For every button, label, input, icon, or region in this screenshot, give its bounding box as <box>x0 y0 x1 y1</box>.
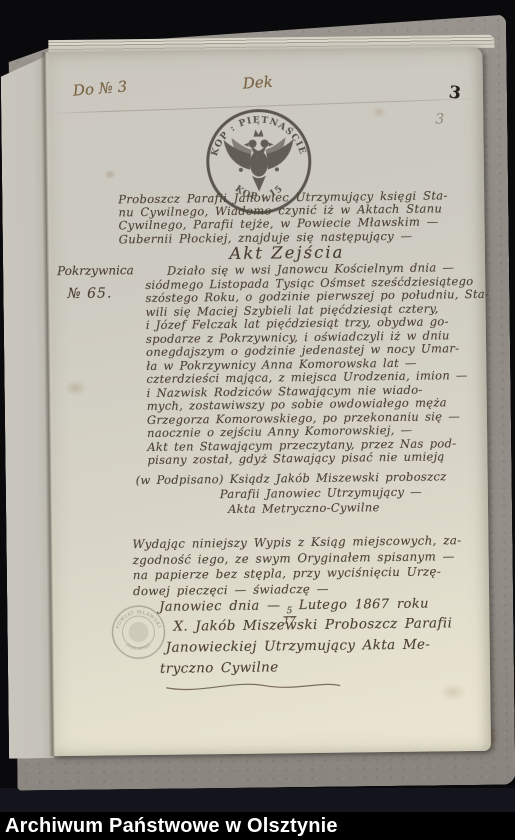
document-page: Do № 3 Dek 3 3 KOP : PIĘTNAŚCIE KOP : 15 <box>44 47 491 756</box>
page-number-pencil: 3 <box>435 111 444 127</box>
date-day-julian: 5 <box>284 607 296 616</box>
signature-line: tryczno Cywilne <box>160 659 279 676</box>
act-line: pisany został, gdyż Stawający pisać nie … <box>147 450 491 468</box>
paper-stain <box>64 380 86 396</box>
archive-scan-viewer: Do № 3 Dek 3 3 KOP : PIĘTNAŚCIE KOP : 15 <box>0 0 515 840</box>
act-body: Działo się w wsi Janowcu Kościelnym dnia… <box>145 261 491 468</box>
signature-line: Janowieckiej Utrzymujący Akta Me- <box>166 637 431 656</box>
date-suffix: Lutego 1867 roku <box>299 597 429 614</box>
parish-seal-bottom-text: JANOWIEC <box>125 641 152 652</box>
subscription-block: (w Podpisano) Ksiądz Jakób Miszewski pro… <box>136 469 447 518</box>
page-number-ink: 3 <box>448 83 462 104</box>
parish-seal-stamp: POWIAT MŁAWSKI JANOWIEC <box>109 603 168 662</box>
archive-name-label: Archiwum Państwowe w Olsztynie <box>0 815 338 838</box>
paper-stain <box>440 683 466 701</box>
paper-stain <box>104 169 116 179</box>
certification-paragraph: Wydając niniejszy Wypis z Ksiąg miejscow… <box>132 533 462 599</box>
subscription-line: Akta Metryczno-Cywilne <box>228 499 447 517</box>
signature-line: X. Jakób Miszewski Proboszcz Parafii <box>173 615 452 634</box>
top-center-annotation: Dek <box>242 73 273 93</box>
margin-act-number: № 65. <box>67 285 112 302</box>
record-book: Do № 3 Dek 3 3 KOP : PIĘTNAŚCIE KOP : 15 <box>0 0 515 813</box>
paper-stain <box>371 106 387 118</box>
svg-text:JANOWIEC: JANOWIEC <box>125 641 152 652</box>
margin-place-name: Pokrzywnica <box>57 263 134 278</box>
imperial-eagle-icon <box>223 129 294 192</box>
archive-caption-bar: Archiwum Państwowe w Olsztynie <box>0 812 515 840</box>
subscription-line: Parafii Janowiec Utrzymujący — <box>220 484 447 502</box>
parish-seal-emblem <box>128 622 148 642</box>
signature-flourish <box>164 677 344 697</box>
date-prefix: Janowiec dnia — <box>159 598 280 614</box>
top-left-annotation: Do № 3 <box>72 77 128 99</box>
intro-paragraph: Proboszcz Parafii Janowiec Utrzymujący k… <box>118 189 448 246</box>
